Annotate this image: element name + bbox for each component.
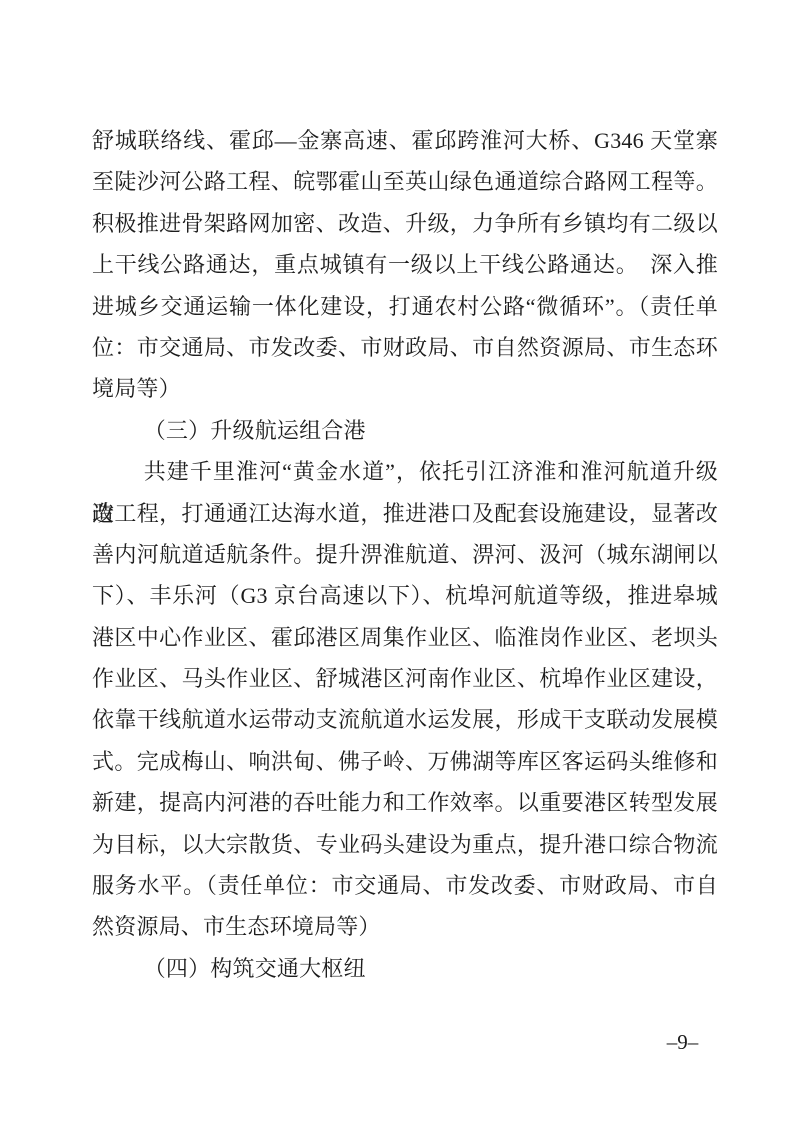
text-line: 至陡沙河公路工程、皖鄂霍山至英山绿色通道综合路网工程等。 — [92, 161, 718, 202]
text-line: 境局等） — [92, 368, 718, 409]
text-line: 新建，提高内河港的吞吐能力和工作效率。以重要港区转型发展 — [92, 782, 718, 823]
text-line: 作业区、马头作业区、舒城港区河南作业区、杭埠作业区建设， — [92, 658, 718, 699]
text-line: 下）、丰乐河（G3 京台高速以下）、杭埠河航道等级，推进皋城 — [92, 575, 718, 616]
text-line: 服务水平。（责任单位：市交通局、市发改委、市财政局、市自 — [92, 865, 718, 906]
body-text: 舒城联络线、霍邱—金寨高速、霍邱跨淮河大桥、G346 天堂寨 至陡沙河公路工程、… — [92, 120, 718, 989]
text-line: 为目标，以大宗散货、专业码头建设为重点，提升港口综合物流 — [92, 824, 718, 865]
text-line: 积极推进骨架路网加密、改造、升级，力争所有乡镇均有二级以 — [92, 203, 718, 244]
paragraph-road-network: 舒城联络线、霍邱—金寨高速、霍邱跨淮河大桥、G346 天堂寨 至陡沙河公路工程、… — [92, 120, 718, 410]
text-line: 进城乡交通运输一体化建设，打通农村公路“微循环”。（责任单 — [92, 286, 718, 327]
paragraph-shipping-port: 共建千里淮河“黄金水道”，依托引江济淮和淮河航道升级改 造工程，打通通江达海水道… — [92, 451, 718, 948]
text-line: 依靠干线航道水运带动支流航道水运发展，形成干支联动发展模 — [92, 699, 718, 740]
document-page: 舒城联络线、霍邱—金寨高速、霍邱跨淮河大桥、G346 天堂寨 至陡沙河公路工程、… — [0, 0, 793, 1122]
text-line: 然资源局、市生态环境局等） — [92, 906, 718, 947]
text-line: 式。完成梅山、响洪甸、佛子岭、万佛湖等库区客运码头维修和 — [92, 741, 718, 782]
text-line: 上干线公路通达，重点城镇有一级以上干线公路通达。 深入推 — [92, 244, 718, 285]
page-number: –9– — [640, 1030, 725, 1054]
text-line: 共建千里淮河“黄金水道”，依托引江济淮和淮河航道升级改 — [92, 451, 718, 492]
text-line: 造工程，打通通江达海水道，推进港口及配套设施建设，显著改 — [92, 493, 718, 534]
text-line: 善内河航道适航条件。提升淠淮航道、淠河、汲河（城东湖闸以 — [92, 534, 718, 575]
text-line: 位：市交通局、市发改委、市财政局、市自然资源局、市生态环 — [92, 327, 718, 368]
section-heading-4: （四）构筑交通大枢纽 — [92, 948, 718, 989]
text-line: 舒城联络线、霍邱—金寨高速、霍邱跨淮河大桥、G346 天堂寨 — [92, 120, 718, 161]
section-heading-3: （三）升级航运组合港 — [92, 410, 718, 451]
text-line: 港区中心作业区、霍邱港区周集作业区、临淮岗作业区、老坝头 — [92, 617, 718, 658]
